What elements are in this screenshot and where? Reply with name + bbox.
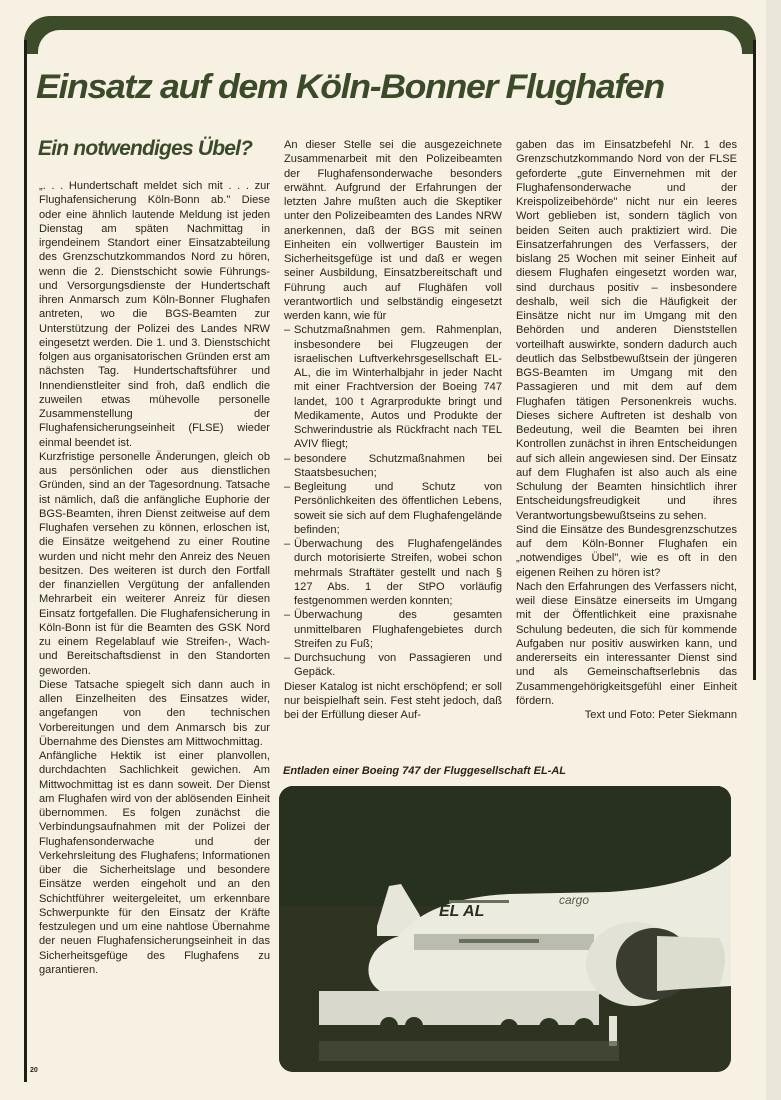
dash-bullet: – [284,651,294,665]
airplane-photo: EL AL cargo [279,786,731,1072]
paragraph: gaben das im Einsatzbefehl Nr. 1 des Gre… [516,138,737,523]
frame-right-rule [753,40,756,680]
paragraph: Dieser Katalog ist nicht erschöpfend; er… [284,680,502,723]
frame-inner [38,30,742,70]
magazine-page: Einsatz auf dem Köln-Bonner Flughafen Ei… [0,0,781,1100]
paragraph: Diese Tatsache spiegelt sich dann auch i… [39,678,270,749]
page-number: 20 [30,1067,38,1074]
paragraph: „. . . Hundertschaft meldet sich mit . .… [39,179,270,450]
article-subtitle: Ein notwendiges Übel? [38,137,252,161]
list-item: –Schutzmaßnahmen gem. Rahmenplan, insbes… [284,323,502,451]
livery-text: EL AL [439,903,484,920]
list-item: –Begleitung und Schutz von Persönlichkei… [284,480,502,537]
column-2: An dieser Stelle sei die ausgezeichnete … [284,138,502,722]
list-item: –Überwachung des gesamten unmittelbaren … [284,608,502,651]
column-1: „. . . Hundertschaft meldet sich mit . .… [39,179,270,977]
task-list: –Schutzmaßnahmen gem. Rahmenplan, insbes… [284,323,502,679]
paragraph: An dieser Stelle sei die ausgezeichnete … [284,138,502,323]
list-item: –besondere Schutzmaßnahmen bei Staatsbes… [284,452,502,481]
frame-left-rule [24,40,27,1082]
dash-bullet: – [284,537,294,551]
dash-bullet: – [284,480,294,494]
paragraph: Sind die Einsätze des Bundesgrenzschutze… [516,523,737,580]
dash-bullet: – [284,608,294,622]
dash-bullet: – [284,452,294,466]
livery-cargo-text: cargo [559,893,589,907]
list-item: –Durchsuchung von Passagieren und Gepäck… [284,651,502,680]
boeing-747-image: EL AL cargo [279,786,731,1072]
byline: Text und Foto: Peter Siekmann [516,708,737,722]
list-item: –Überwachung des Flughafengeländes durch… [284,537,502,608]
paragraph: Kurzfristige personelle Änderungen, glei… [39,450,270,678]
dash-bullet: – [284,323,294,337]
article-title: Einsatz auf dem Köln-Bonner Flughafen [36,68,781,107]
paragraph: Nach den Erfahrungen des Verfassers nich… [516,580,737,708]
scan-margin [766,0,781,1100]
column-3: gaben das im Einsatzbefehl Nr. 1 des Gre… [516,138,737,722]
photo-caption: Entladen einer Boeing 747 der Fluggesell… [283,765,566,777]
paragraph: Anfängliche Hektik ist einer planvollen,… [39,749,270,977]
